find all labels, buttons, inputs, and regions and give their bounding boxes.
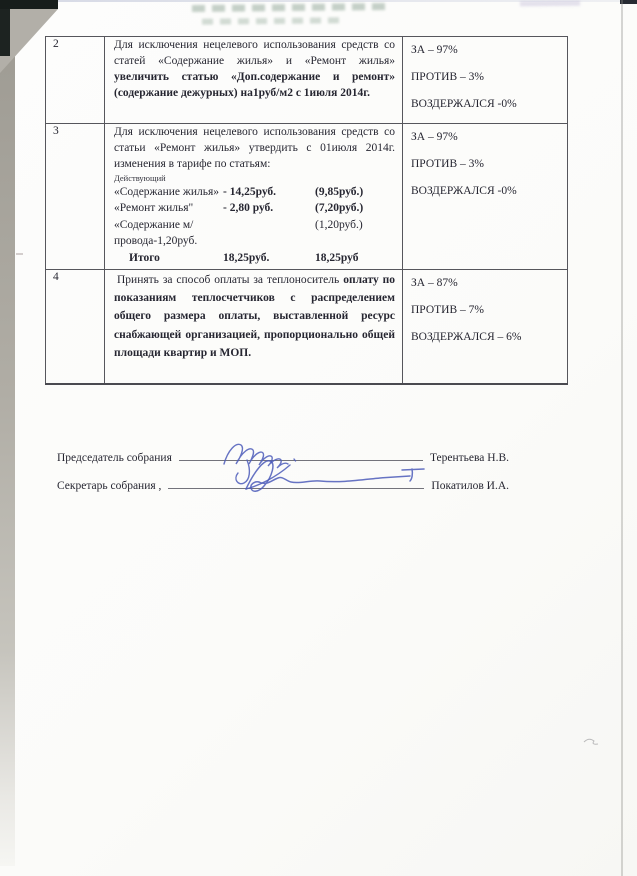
table-row: 4 Принять за способ оплаты за теплоносит…	[46, 269, 568, 384]
paper-right-edge-line	[621, 0, 623, 876]
resolution-text-cell: Для исключения нецелевого использования …	[105, 124, 403, 270]
vote-result: ВОЗДЕРЖАЛСЯ – 6%	[411, 329, 563, 345]
tariff-row-total: Итого 18,25руб. 18,25руб	[114, 250, 395, 267]
vote-result: ПРОТИВ – 3%	[411, 69, 563, 85]
row-number: 4	[53, 271, 100, 283]
signature-row-chairman: Председатель собрания Терентьева Н.В.	[57, 448, 509, 464]
table-row: 2 Для исключения нецелевого использовани…	[46, 37, 568, 124]
scanner-top-shadow	[0, 0, 58, 9]
resolution-text: Для исключения нецелевого использования …	[114, 39, 395, 67]
ink-bleedthrough-smudge	[192, 3, 392, 12]
tariff-old-value: 18,25руб	[315, 250, 395, 267]
tariff-column-header: Действующий	[114, 173, 395, 184]
tariff-name: «Содержание м/провода-1,20руб.	[114, 217, 223, 250]
tariff-old-value: (7,20руб.)	[315, 200, 395, 217]
pencil-smudge-mark	[584, 739, 598, 744]
vote-result-cell: ЗА – 97% ПРОТИВ – 3% ВОЗДЕРЖАЛСЯ -0%	[403, 124, 568, 270]
tariff-row: «Содержание м/провода-1,20руб. (1,20руб.…	[114, 217, 395, 250]
tariff-row: «Содержание жилья» - 14,25руб. (9,85руб.…	[114, 184, 395, 201]
scanner-left-shadow	[0, 9, 10, 56]
tariff-name: «Ремонт жилья"	[114, 200, 223, 217]
resolution-text-cell: Принять за способ оплаты за теплоносител…	[105, 269, 403, 384]
tariff-old-value: (1,20руб.)	[315, 217, 395, 250]
table-row: 3 Для исключения нецелевого использовани…	[46, 124, 568, 270]
vote-result: ЗА – 97%	[411, 129, 563, 145]
tariff-name: Итого	[114, 250, 223, 267]
row-number-cell: 3	[46, 124, 105, 270]
resolution-text-bold: оплату по показаниям теплосчетчиков с ра…	[114, 274, 395, 360]
signature-name: Покатилов И.А.	[431, 480, 509, 492]
scanned-document-page: 2 Для исключения нецелевого использовани…	[0, 0, 637, 876]
resolution-text: Принять за способ оплаты за теплоносител…	[117, 274, 343, 286]
tariff-name: «Содержание жилья»	[114, 184, 223, 201]
tariff-value: 18,25руб.	[223, 250, 315, 267]
vote-result-cell: ЗА – 97% ПРОТИВ – 3% ВОЗДЕРЖАЛСЯ -0%	[403, 37, 568, 124]
tariff-old-value: (9,85руб.)	[315, 184, 395, 201]
row-number: 3	[53, 125, 100, 137]
tariff-row: «Ремонт жилья" - 2,80 руб. (7,20руб.)	[114, 200, 395, 217]
signature-line	[179, 448, 423, 461]
resolution-text-cell: Для исключения нецелевого использования …	[105, 37, 403, 124]
row-number-cell: 2	[46, 37, 105, 124]
resolutions-table: 2 Для исключения нецелевого использовани…	[45, 36, 568, 385]
vote-result: ПРОТИВ – 3%	[411, 156, 563, 172]
row-number-cell: 4	[46, 269, 105, 384]
vote-result: ВОЗДЕРЖАЛСЯ -0%	[411, 183, 563, 199]
resolution-text-bold: увеличить статью «Доп.содержание и ремон…	[114, 71, 395, 99]
vote-result: ЗА – 97%	[411, 42, 563, 58]
signature-name: Терентьева Н.В.	[430, 452, 509, 464]
tariff-value: - 2,80 руб.	[223, 200, 315, 217]
signature-line	[168, 476, 424, 489]
tariff-value: - 14,25руб.	[223, 184, 315, 201]
signature-label: Председатель собрания	[57, 452, 172, 464]
signature-row-secretary: Секретарь собрания , Покатилов И.А.	[57, 476, 509, 492]
ink-bleedthrough-smudge	[520, 1, 580, 7]
ink-bleedthrough-smudge	[202, 17, 342, 24]
scanner-left-edge	[0, 6, 15, 866]
vote-result-cell: ЗА – 87% ПРОТИВ – 7% ВОЗДЕРЖАЛСЯ – 6%	[403, 269, 568, 384]
vote-result: ВОЗДЕРЖАЛСЯ -0%	[411, 96, 563, 112]
margin-pencil-dash	[16, 253, 23, 255]
row-number: 2	[53, 38, 100, 50]
signature-label: Секретарь собрания ,	[57, 480, 161, 492]
vote-result: ПРОТИВ – 7%	[411, 302, 563, 318]
vote-result: ЗА – 87%	[411, 275, 563, 291]
tariff-value	[223, 217, 315, 250]
resolution-text: Для исключения нецелевого использования …	[114, 126, 395, 170]
